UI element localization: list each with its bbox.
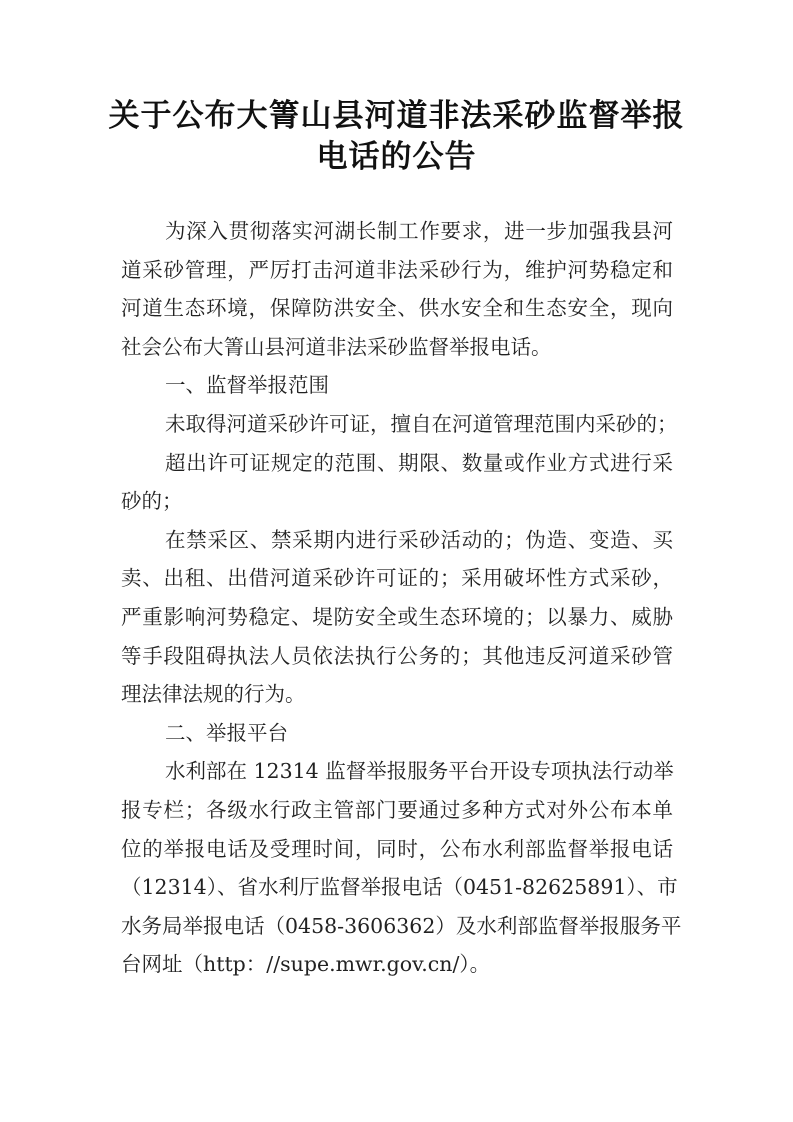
text-line: 水务局举报电话（0458-3606362）及水利部监督举报服务平 (121, 907, 673, 946)
text-line: 超出许可证规定的范围、期限、数量或作业方式进行采 (121, 444, 673, 483)
intro-paragraph: 为深入贯彻落实河湖长制工作要求，进一步加强我县河 道采砂管理，严厉打击河道非法采… (121, 212, 673, 366)
text-line: 社会公布大箐山县河道非法采砂监督举报电话。 (121, 328, 673, 367)
text-line: 为深入贯彻落实河湖长制工作要求，进一步加强我县河 (121, 212, 673, 251)
text-line: 位的举报电话及受理时间，同时，公布水利部监督举报电话 (121, 830, 673, 869)
text-line: 水利部在 12314 监督举报服务平台开设专项执法行动举 (121, 752, 673, 791)
section-heading-scope: 一、监督举报范围 (121, 366, 673, 405)
document-page: 关于公布大箐山县河道非法采砂监督举报 电话的公告 为深入贯彻落实河湖长制工作要求… (0, 0, 793, 1122)
text-line: 道采砂管理，严厉打击河道非法采砂行为，维护河势稳定和 (121, 251, 673, 290)
document-title: 关于公布大箐山县河道非法采砂监督举报 电话的公告 (0, 96, 793, 178)
scope-item-3: 在禁采区、禁采期内进行采砂活动的；伪造、变造、买 卖、出租、出借河道采砂许可证的… (121, 521, 673, 714)
section-heading-platform: 二、举报平台 (121, 714, 673, 753)
text-line: （12314）、省水利厅监督举报电话（0451-82625891）、市 (121, 868, 673, 907)
text-line: 等手段阻碍执法人员依法执行公务的；其他违反河道采砂管 (121, 637, 673, 676)
text-line: 理法律法规的行为。 (121, 675, 673, 714)
section-heading: 二、举报平台 (121, 714, 673, 753)
document-body: 为深入贯彻落实河湖长制工作要求，进一步加强我县河 道采砂管理，严厉打击河道非法采… (121, 212, 673, 984)
platform-paragraph: 水利部在 12314 监督举报服务平台开设专项执法行动举 报专栏；各级水行政主管… (121, 752, 673, 984)
text-line: 未取得河道采砂许可证，擅自在河道管理范围内采砂的； (121, 405, 673, 444)
title-line-1: 关于公布大箐山县河道非法采砂监督举报 (0, 96, 793, 137)
scope-item-2: 超出许可证规定的范围、期限、数量或作业方式进行采 砂的； (121, 444, 673, 521)
section-heading: 一、监督举报范围 (121, 366, 673, 405)
text-line: 河道生态环境，保障防洪安全、供水安全和生态安全，现向 (121, 289, 673, 328)
scope-item-1: 未取得河道采砂许可证，擅自在河道管理范围内采砂的； (121, 405, 673, 444)
text-line: 砂的； (121, 482, 673, 521)
text-line: 报专栏；各级水行政主管部门要通过多种方式对外公布本单 (121, 791, 673, 830)
title-line-2: 电话的公告 (0, 137, 793, 178)
text-line: 卖、出租、出借河道采砂许可证的；采用破坏性方式采砂， (121, 559, 673, 598)
text-line: 在禁采区、禁采期内进行采砂活动的；伪造、变造、买 (121, 521, 673, 560)
text-line: 严重影响河势稳定、堤防安全或生态环境的；以暴力、威胁 (121, 598, 673, 637)
text-line-url: 台网址（http：//supe.mwr.gov.cn/）。 (121, 945, 673, 984)
